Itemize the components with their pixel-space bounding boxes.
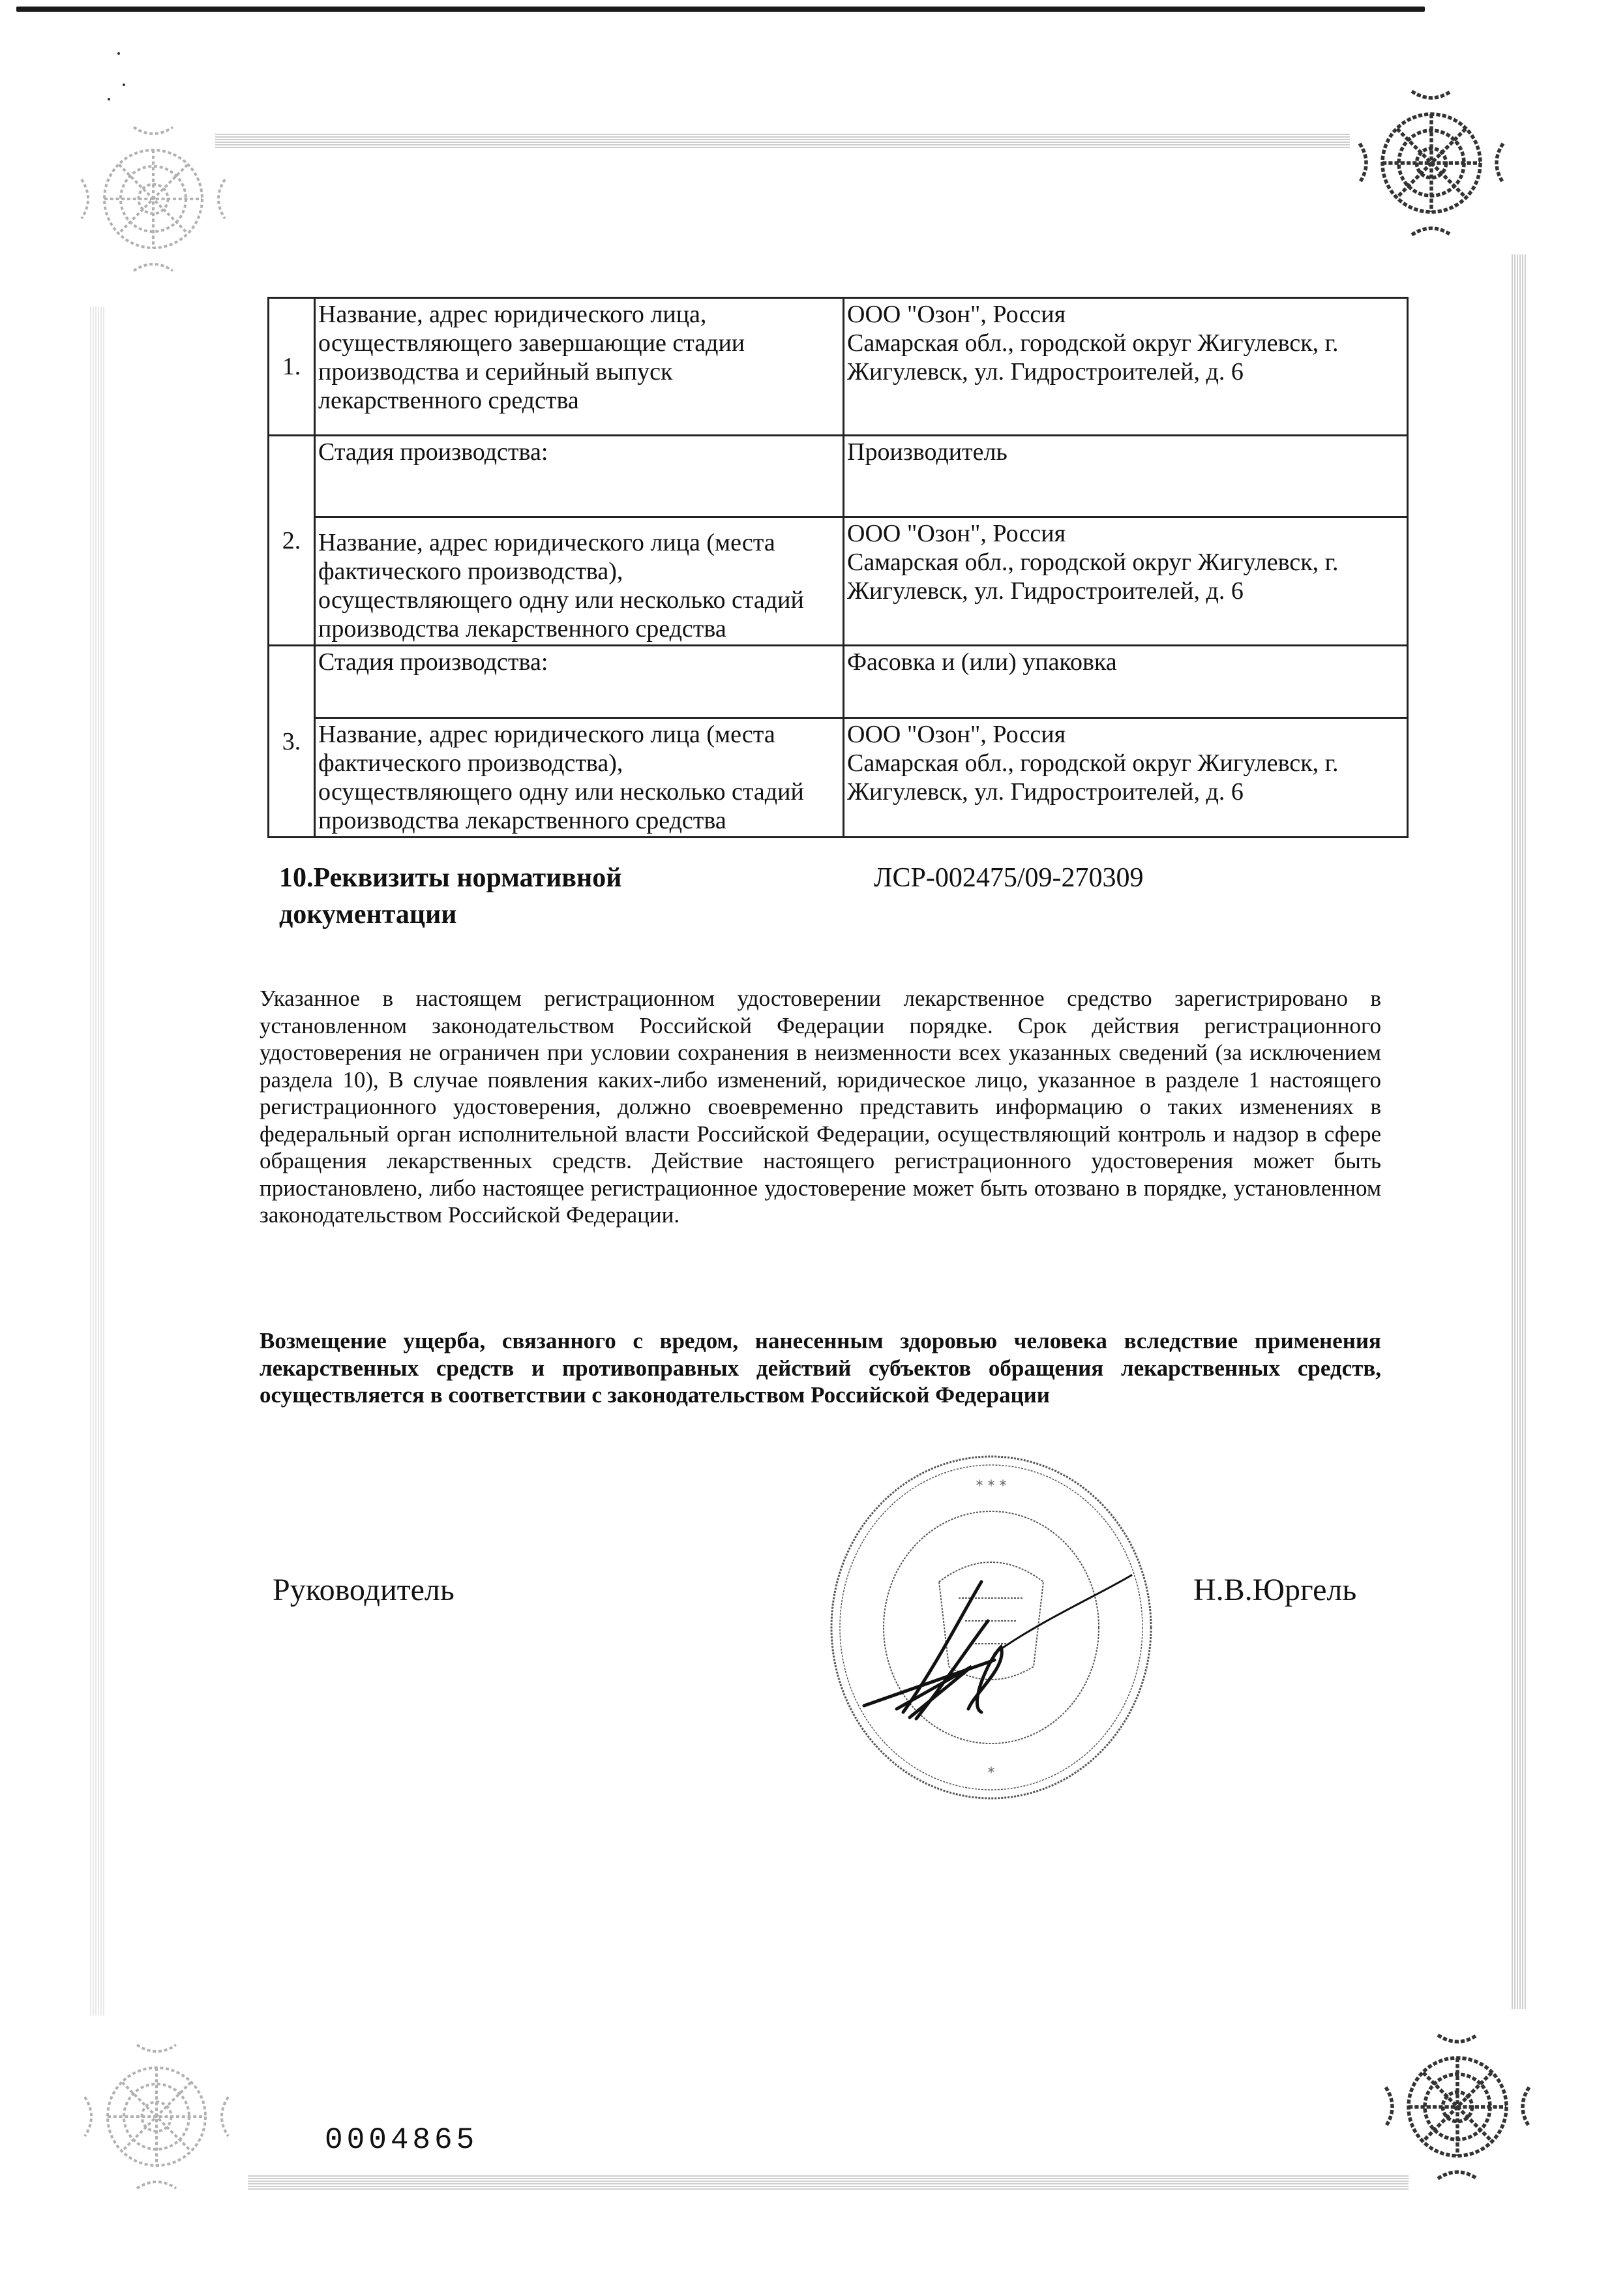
svg-text:* * *: * * * — [976, 1478, 1007, 1494]
label-line: производства лекарственного средства — [318, 806, 840, 835]
row-value: ООО "Озон", Россия Самарская обл., город… — [844, 718, 1408, 838]
row-number: 1. — [269, 298, 315, 436]
stage-label: Стадия производства: — [315, 646, 844, 718]
serial-number: 0004865 — [325, 2123, 478, 2157]
row-value: ООО "Озон", Россия Самарская обл., город… — [844, 298, 1408, 436]
company-name: ООО "Озон", Россия — [847, 519, 1404, 548]
row-number: 3. — [269, 646, 315, 838]
table-row: 2. Стадия производства: Производитель — [269, 436, 1408, 517]
stage-value: Фасовка и (или) упаковка — [844, 646, 1408, 718]
address-line: Самарская обл., городской округ Жигулевс… — [847, 749, 1404, 778]
corner-rosette-icon — [72, 117, 235, 280]
label-line: производства лекарственного средства — [318, 614, 840, 643]
scan-speck — [108, 98, 110, 100]
label-line: Название, адрес юридического лица (места — [318, 720, 840, 749]
label-line: Название, адрес юридического лица (места — [318, 528, 840, 557]
table-row: 1. Название, адрес юридического лица, ос… — [269, 298, 1408, 436]
signature-icon — [864, 1575, 1131, 1719]
corner-rosette-icon — [75, 2035, 238, 2198]
row-label: Название, адрес юридического лица, осуще… — [315, 298, 844, 436]
row-value: ООО "Озон", Россия Самарская обл., город… — [844, 517, 1408, 646]
manufacturer-table: 1. Название, адрес юридического лица, ос… — [267, 297, 1409, 838]
frame-right-border — [1512, 254, 1526, 2009]
corner-rosette-icon — [1376, 2025, 1539, 2188]
stage-value: Производитель — [844, 436, 1408, 517]
label-line: производства и серийный выпуск — [318, 357, 840, 386]
company-name: ООО "Озон", Россия — [847, 300, 1404, 329]
row-label: Название, адрес юридического лица (места… — [315, 517, 844, 646]
liability-paragraph: Возмещение ущерба, связанного с вредом, … — [260, 1327, 1381, 1409]
address-line: Жигулевск, ул. Гидростроителей, д. 6 — [847, 778, 1404, 806]
stage-label: Стадия производства: — [315, 436, 844, 517]
corner-rosette-icon — [1350, 82, 1513, 245]
label-line: фактического производства), — [318, 749, 840, 778]
address-line: Жигулевск, ул. Гидростроителей, д. 6 — [847, 577, 1404, 605]
address-line: Самарская обл., городской округ Жигулевс… — [847, 548, 1404, 577]
section-10-title: 10.Реквизиты нормативной документации — [279, 860, 736, 933]
row-number: 2. — [269, 436, 315, 646]
address-line: Жигулевск, ул. Гидростроителей, д. 6 — [847, 357, 1404, 386]
company-name: ООО "Озон", Россия — [847, 720, 1404, 749]
official-stamp-icon: * * * * — [825, 1451, 1164, 1817]
signatory-name: Н.В.Юргель — [1193, 1572, 1356, 1608]
validity-paragraph: Указанное в настоящем регистрационном уд… — [260, 985, 1381, 1229]
svg-text:*: * — [988, 1765, 995, 1781]
table-row: 3. Стадия производства: Фасовка и (или) … — [269, 646, 1408, 718]
label-line: Название, адрес юридического лица, — [318, 300, 840, 329]
top-edge-rule — [16, 7, 1425, 12]
frame-bottom-border — [248, 2175, 1409, 2190]
scan-speck — [123, 83, 125, 86]
table-row: Название, адрес юридического лица (места… — [269, 517, 1408, 646]
label-line: осуществляющего завершающие стадии — [318, 329, 840, 357]
label-line: фактического производства), — [318, 557, 840, 586]
row-label: Название, адрес юридического лица (места… — [315, 718, 844, 838]
frame-top-border — [215, 134, 1350, 148]
address-line: Самарская обл., городской округ Жигулевс… — [847, 329, 1404, 357]
label-line: осуществляющего одну или несколько стади… — [318, 586, 840, 614]
frame-left-border — [90, 307, 104, 2016]
label-line: лекарственного средства — [318, 386, 840, 415]
label-line: осуществляющего одну или несколько стади… — [318, 778, 840, 806]
scan-speck — [117, 52, 120, 55]
signatory-title: Руководитель — [273, 1572, 455, 1608]
table-row: Название, адрес юридического лица (места… — [269, 718, 1408, 838]
normative-doc-number: ЛСР-002475/09-270309 — [874, 860, 1144, 896]
